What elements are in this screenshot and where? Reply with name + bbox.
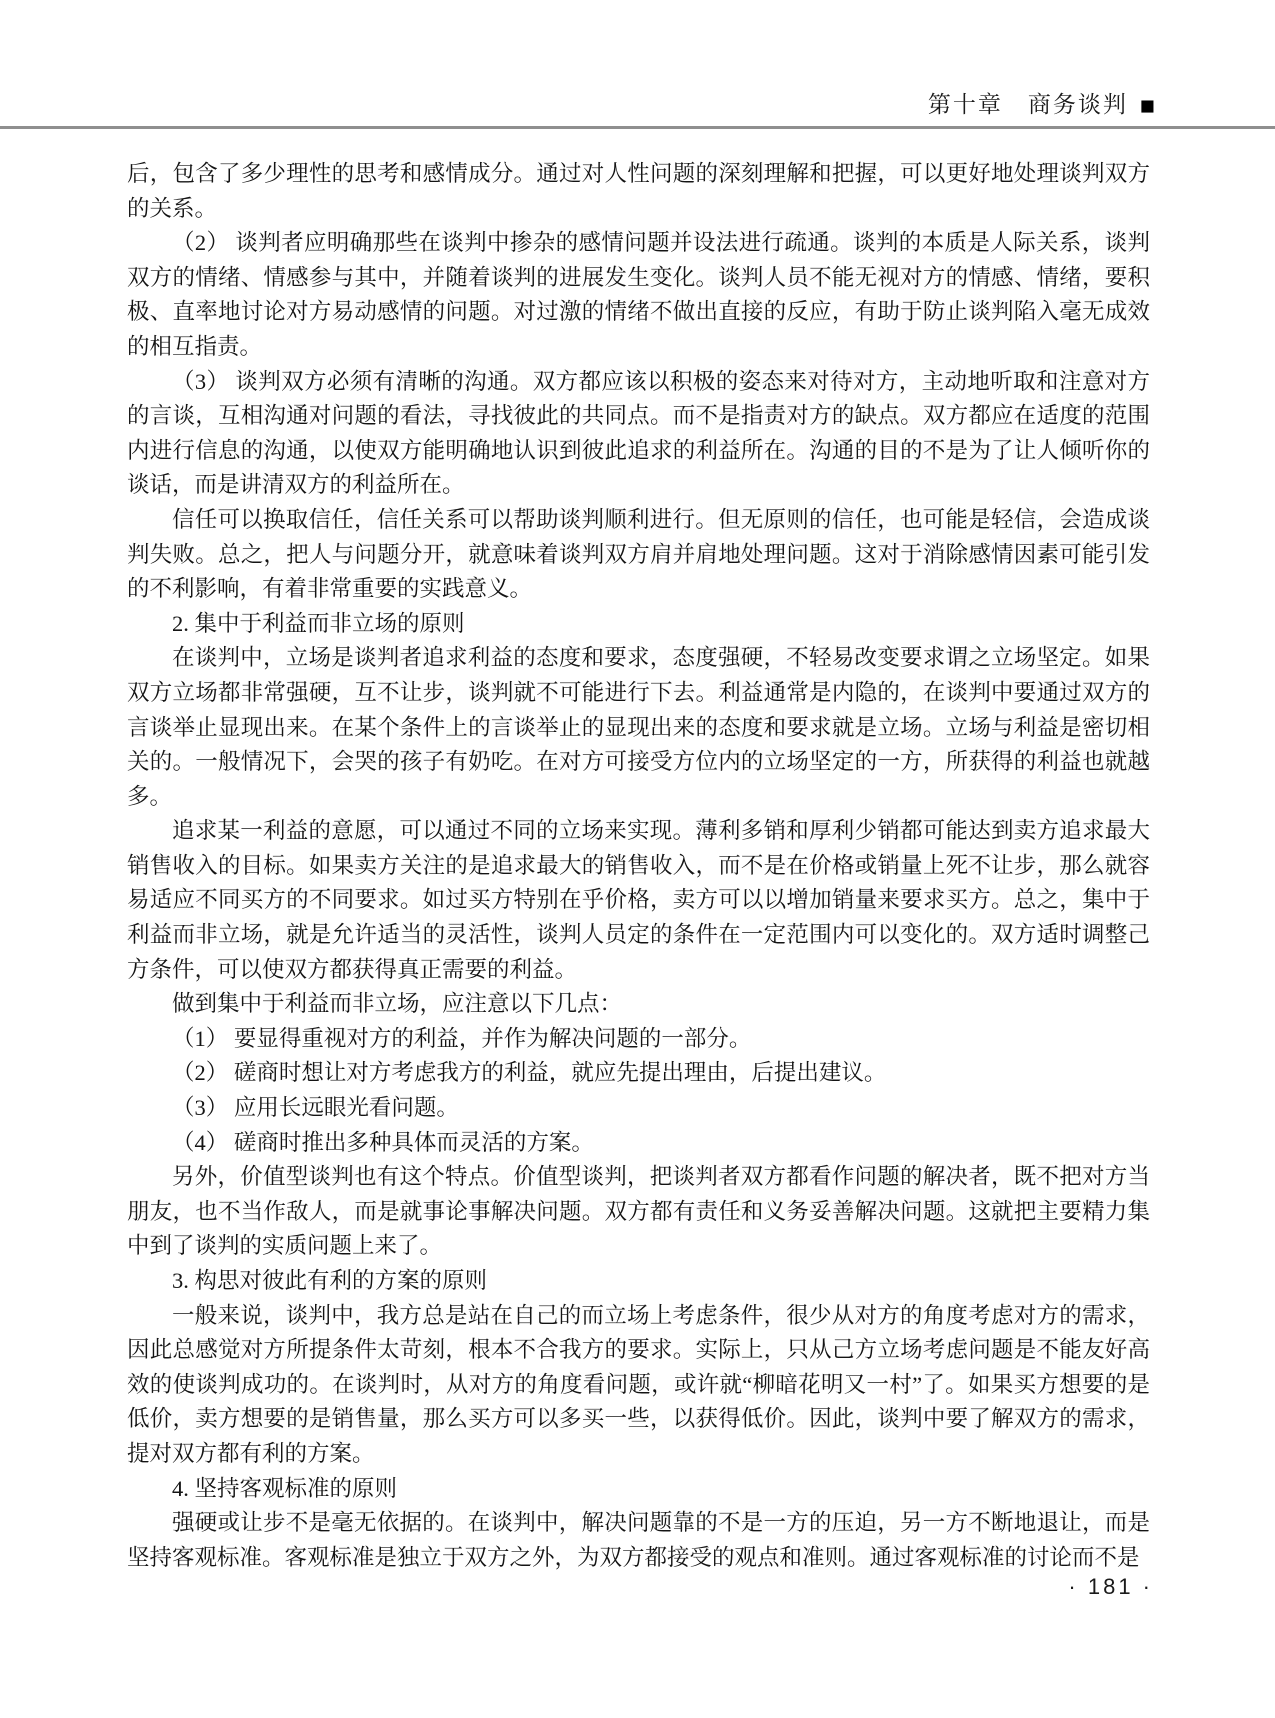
book-page: 第十章 商务谈判■ 后，包含了多少理性的思考和感情成分。通过对人性问题的深刻理解…	[0, 0, 1275, 1718]
black-square-icon: ■	[1140, 93, 1155, 121]
section-heading: 2. 集中于利益而非立场的原则	[127, 607, 1150, 642]
paragraph: 另外，价值型谈判也有这个特点。价值型谈判，把谈判者双方都看作问题的解决者，既不把…	[127, 1160, 1150, 1264]
running-header: 第十章 商务谈判■	[125, 86, 1155, 121]
chapter-title: 第十章 商务谈判	[928, 92, 1128, 117]
list-item: （4） 磋商时推出多种具体而灵活的方案。	[127, 1126, 1150, 1161]
paragraph: 在谈判中，立场是谈判者追求利益的态度和要求，态度强硬，不轻易改变要求谓之立场坚定…	[127, 641, 1150, 814]
paragraph: 信任可以换取信任，信任关系可以帮助谈判顺利进行。但无原则的信任，也可能是轻信，会…	[127, 503, 1150, 607]
paragraph: （2） 谈判者应明确那些在谈判中掺杂的感情问题并设法进行疏通。谈判的本质是人际关…	[127, 226, 1150, 364]
paragraph: 追求某一利益的意愿，可以通过不同的立场来实现。薄利多销和厚利少销都可能达到卖方追…	[127, 814, 1150, 987]
paragraph: 一般来说，谈判中，我方总是站在自己的而立场上考虑条件，很少从对方的角度考虑对方的…	[127, 1299, 1150, 1472]
paragraph: （3） 谈判双方必须有清晰的沟通。双方都应该以积极的姿态来对待对方，主动地听取和…	[127, 365, 1150, 503]
list-item: （2） 磋商时想让对方考虑我方的利益，就应先提出理由，后提出建议。	[127, 1056, 1150, 1091]
page-number: · 181 ·	[1068, 1574, 1153, 1600]
list-item: （1） 要显得重视对方的利益，并作为解决问题的一部分。	[127, 1022, 1150, 1057]
paragraph: 强硬或让步不是毫无依据的。在谈判中，解决问题靠的不是一方的压迫，另一方不断地退让…	[127, 1506, 1150, 1575]
paragraph: 做到集中于利益而非立场，应注意以下几点：	[127, 987, 1150, 1022]
section-heading: 3. 构思对彼此有利的方案的原则	[127, 1264, 1150, 1299]
page-body: 后，包含了多少理性的思考和感情成分。通过对人性问题的深刻理解和把握，可以更好地处…	[127, 157, 1150, 1575]
list-item: （3） 应用长远眼光看问题。	[127, 1091, 1150, 1126]
header-rule-divider	[0, 126, 1275, 129]
section-heading: 4. 坚持客观标准的原则	[127, 1472, 1150, 1507]
paragraph: 后，包含了多少理性的思考和感情成分。通过对人性问题的深刻理解和把握，可以更好地处…	[127, 157, 1150, 226]
